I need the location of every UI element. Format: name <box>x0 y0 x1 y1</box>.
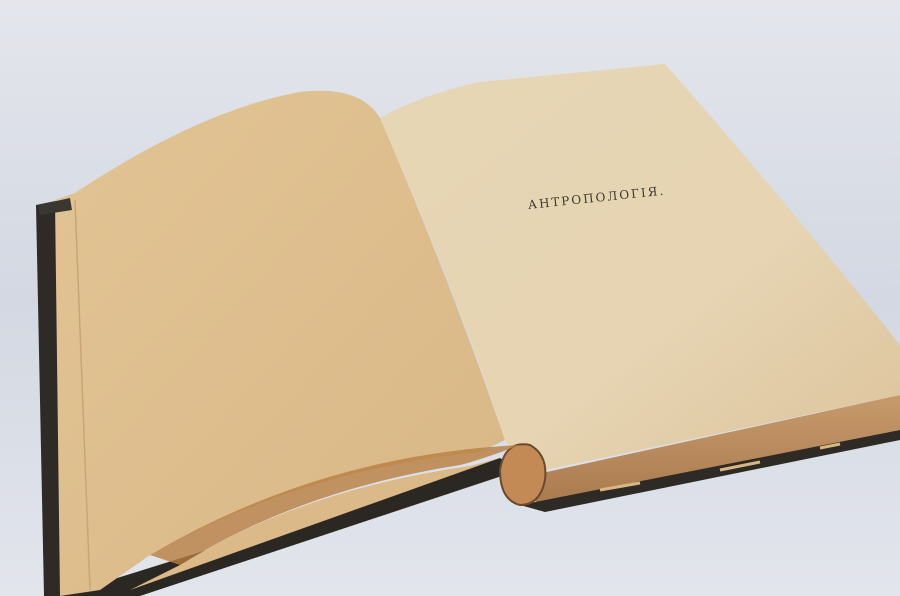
book-illustration <box>0 0 900 596</box>
photo-scene: АНТРОПОЛОГІЯ. <box>0 0 900 596</box>
spine-curl <box>500 444 545 505</box>
